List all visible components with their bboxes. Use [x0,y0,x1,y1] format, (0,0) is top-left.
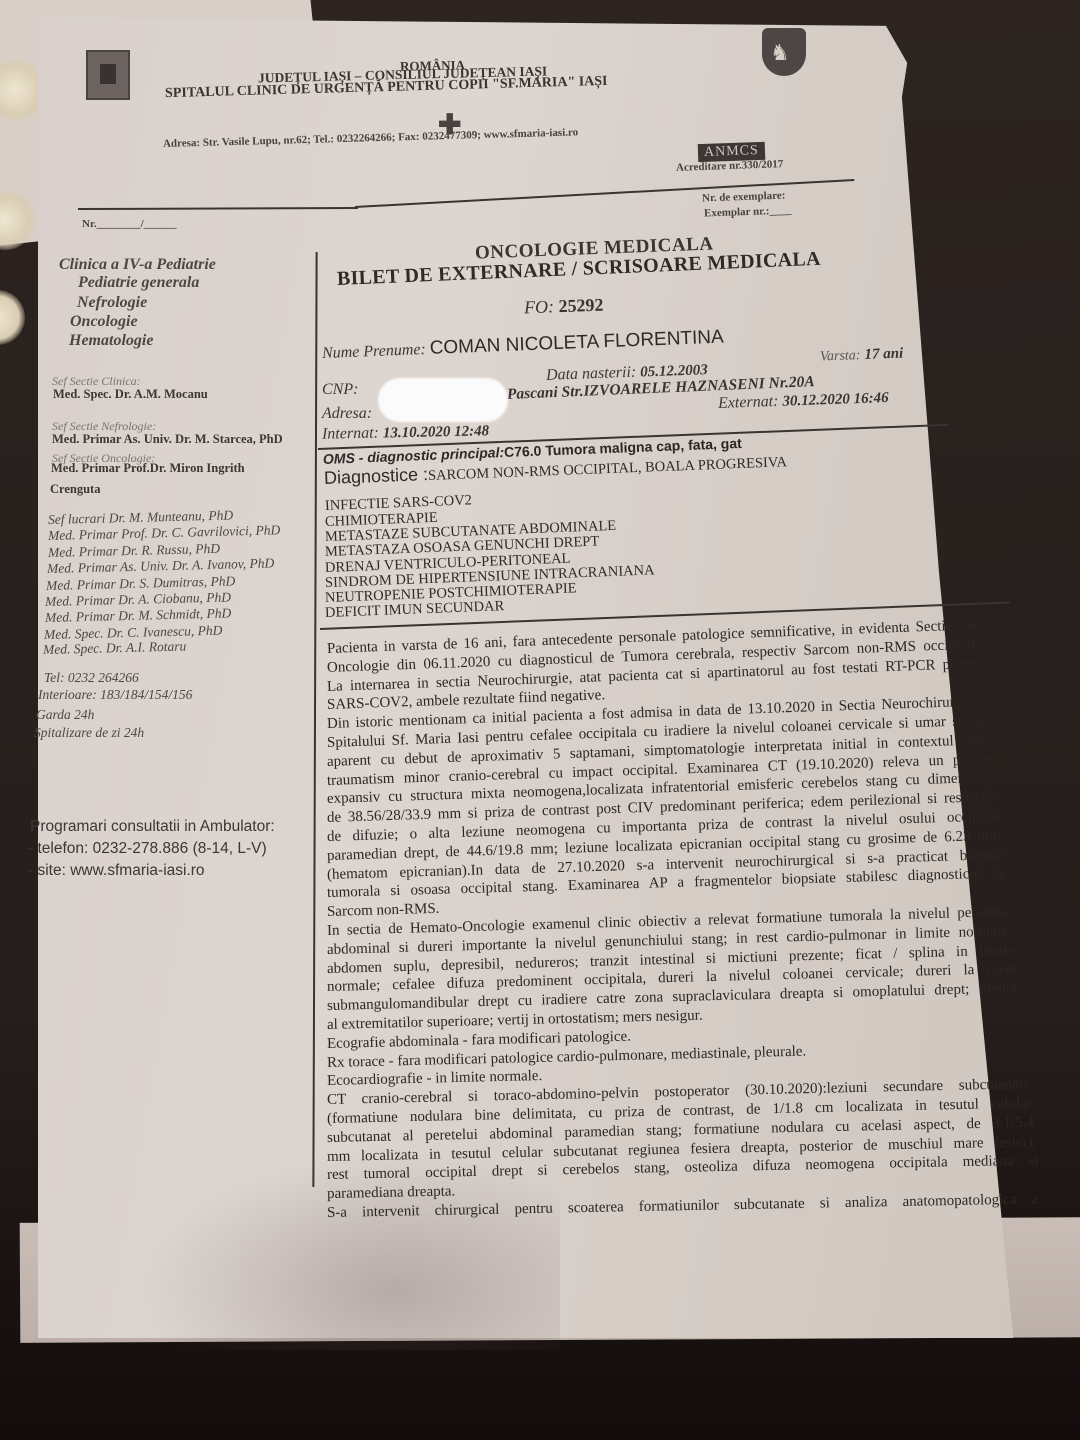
age-row: Varsta: 17 ani [820,345,904,366]
iasi-county-shield-icon: ♞ [762,28,806,76]
discharged-label: Externat: [718,393,779,412]
discharged-date: 30.12.2020 16:46 [782,390,889,410]
copies-count: Nr. de exemplare: [702,190,786,205]
appointments-phone: - telefon: 0232-278.886 (8-14, L-V) [28,840,267,858]
fo-number: FO: 25292 [524,295,604,319]
fo-value: 25292 [558,295,604,317]
admitted-row: Internat: 13.10.2020 12:48 [322,422,489,443]
address-label: Adresa: [322,405,372,423]
admitted-label: Internat: [322,425,379,443]
contact-phone: Tel: 0232 264266 [44,670,139,686]
appointments-title: Programari consultatii in Ambulator: [30,818,275,836]
appointments-site: - site: www.sfmaria-iasi.ro [28,862,205,880]
header-rule [78,207,358,210]
age-label: Varsta: [820,348,861,364]
clinic-department: Pediatrie generala [78,274,199,292]
registration-number: Nr.________/______ [82,218,177,230]
clinic-name: Clinica a IV-a Pediatrie [59,256,216,274]
document-content: ♞ ROMÂNIA JUDEȚUL IAȘI – CONSILIUL JUDEȚ… [0,0,1080,1440]
contact-day-hospital: Spitalizare de zi 24h [34,725,144,741]
patient-name: COMAN NICOLETA FLORENTINA [429,327,724,359]
name-label: Nume Prenume: [322,341,426,362]
clinic-department: Oncologie [70,313,138,331]
section-head-name: Med. Primar Prof.Dr. Miron Ingrith [51,461,245,476]
redacted-cnp [378,378,508,422]
fo-label: FO: [524,296,555,317]
admitted-date: 13.10.2020 12:48 [383,423,490,441]
patient-name-row: Nume Prenume: COMAN NICOLETA FLORENTINA [322,327,725,364]
staff-member: Med. Spec. Dr. A.I. Rotaru [43,638,187,657]
clinic-department: Hematologie [69,332,153,350]
section-head-name: Med. Primar As. Univ. Dr. M. Starcea, Ph… [52,432,283,447]
contact-emergency: Garda 24h [36,707,94,723]
patient-age: 17 ani [864,346,903,363]
clinic-department: Nefrologie [77,294,147,312]
copy-number: Exemplar nr.:____ [704,204,792,219]
header-address: Adresa: Str. Vasile Lupu, nr.62; Tel.: 0… [163,126,578,150]
diagnoses-label: Diagnostice : [324,464,429,488]
column-divider [312,252,317,1187]
accreditation: Acreditare nr.330/2017 [676,158,784,174]
romania-coat-of-arms-icon [86,50,130,100]
contact-extensions: Interioare: 183/184/154/156 [38,687,192,703]
section-head-name: Med. Spec. Dr. A.M. Mocanu [53,387,208,402]
section-head-name: Crenguta [50,482,100,497]
cnp-label: CNP: [322,381,358,399]
